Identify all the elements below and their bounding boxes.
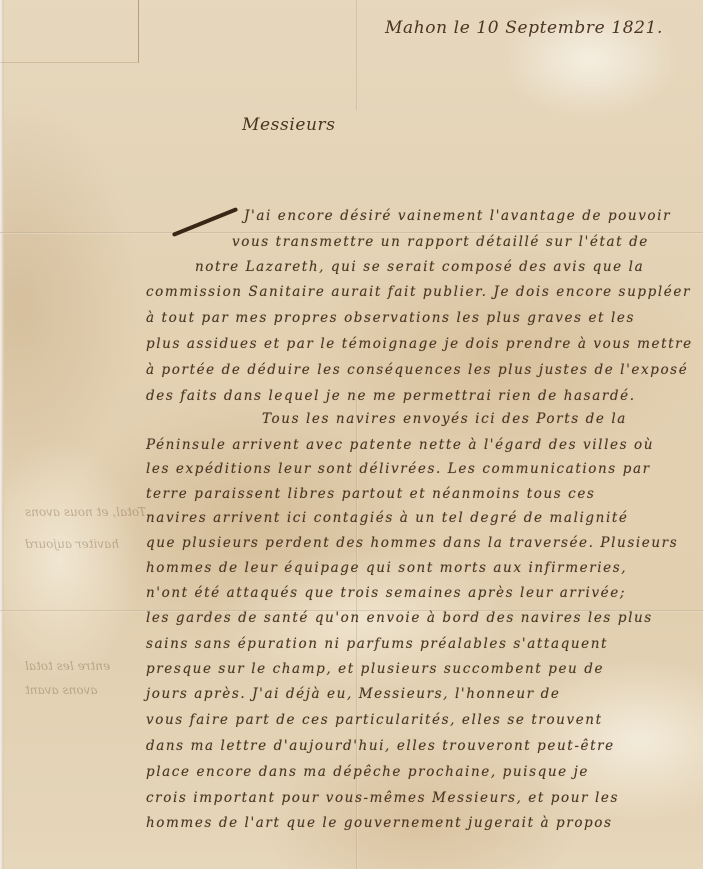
body-line: les expéditions leur sont délivrées. Les… bbox=[146, 461, 651, 477]
body-line: dans ma lettre d'aujourd'hui, elles trou… bbox=[146, 738, 615, 754]
body-line: sains sans épuration ni parfums préalabl… bbox=[146, 636, 608, 652]
body-line: presque sur le champ, et plusieurs succo… bbox=[146, 661, 604, 677]
body-line: navires arrivent ici contagiés à un tel … bbox=[146, 510, 629, 526]
salutation: Messieurs bbox=[242, 115, 336, 135]
body-line: jours après. J'ai déjà eu, Messieurs, l'… bbox=[146, 686, 560, 702]
body-line: place encore dans ma dépêche prochaine, … bbox=[146, 764, 589, 780]
dateline: Mahon le 10 Septembre 1821. bbox=[385, 18, 663, 38]
body-line: des faits dans lequel je ne me permettra… bbox=[146, 388, 636, 404]
body-line: que plusieurs perdent des hommes dans la… bbox=[146, 535, 678, 551]
body-line: commission Sanitaire aurait fait publier… bbox=[146, 284, 691, 300]
vertical-fold-crease bbox=[356, 0, 358, 110]
body-line: vous transmettre un rapport détaillé sur… bbox=[232, 234, 649, 250]
envelope-fold-flap bbox=[0, 0, 139, 63]
bleed-through-text: haviter aujourd bbox=[25, 537, 119, 551]
paper-edge bbox=[0, 0, 4, 869]
body-line: crois important pour vous-mêmes Messieur… bbox=[146, 790, 619, 806]
body-line: Tous les navires envoyés ici des Ports d… bbox=[262, 411, 627, 427]
body-line: hommes de leur équipage qui sont morts a… bbox=[146, 560, 627, 576]
body-line: Péninsule arrivent avec patente nette à … bbox=[146, 437, 654, 453]
body-line: hommes de l'art que le gouvernement juge… bbox=[146, 815, 613, 831]
body-line: à tout par mes propres observations les … bbox=[146, 310, 635, 326]
body-line: vous faire part de ces particularités, e… bbox=[146, 712, 603, 728]
body-line: J'ai encore désiré vainement l'avantage … bbox=[244, 208, 671, 224]
bleed-through-text: Total, et nous avons bbox=[25, 505, 146, 519]
bleed-through-text: entre les total bbox=[25, 659, 110, 673]
body-line: notre Lazareth, qui se serait composé de… bbox=[195, 259, 644, 275]
letter-page: Total, et nous avons haviter aujourd ent… bbox=[0, 0, 703, 869]
body-line: terre paraissent libres partout et néanm… bbox=[146, 486, 595, 502]
body-line: plus assidues et par le témoignage je do… bbox=[146, 336, 693, 352]
body-line: n'ont été attaqués que trois semaines ap… bbox=[146, 585, 626, 601]
body-line: à portée de déduire les conséquences les… bbox=[146, 362, 688, 378]
bleed-through-text: avons avant bbox=[25, 683, 98, 697]
body-line: les gardes de santé qu'on envoie à bord … bbox=[146, 610, 653, 626]
